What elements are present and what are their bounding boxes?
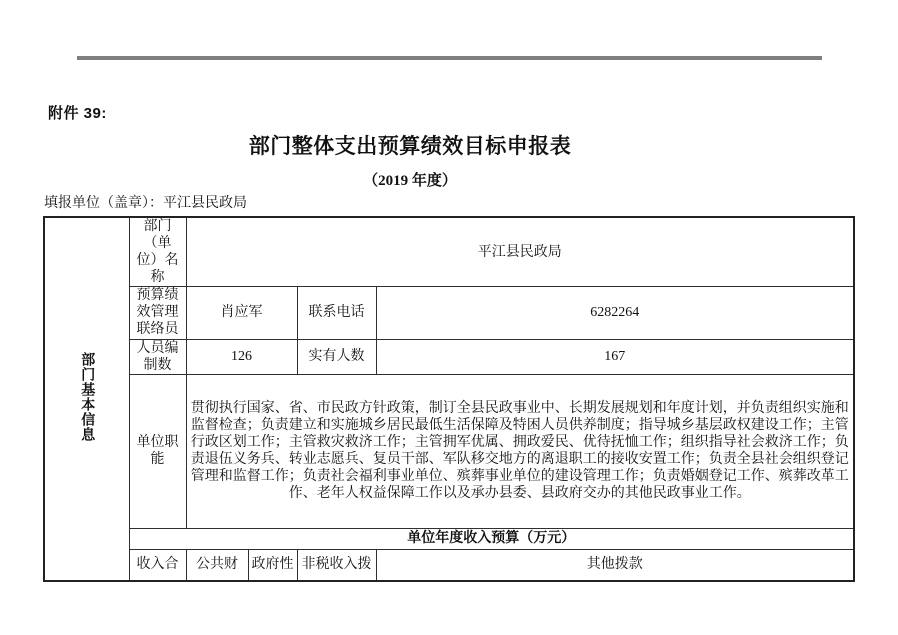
- income-col-total: 收入合: [129, 549, 186, 581]
- reporting-unit-label: 填报单位（盖章）：: [44, 196, 163, 211]
- staff-quota-label: 人员编 制数: [129, 339, 186, 374]
- section-label: 部门基本信息: [78, 352, 95, 442]
- reporting-unit-line: 填报单位（盖章）：平江县民政局: [44, 192, 247, 212]
- section-label-cell: 部门基本信息: [44, 217, 129, 581]
- phone-value: 6282264: [376, 287, 854, 339]
- reporting-unit-value: 平江县民政局: [163, 196, 247, 211]
- liaison-value: 肖应军: [186, 287, 297, 339]
- attachment-label: 附件 39:: [48, 102, 107, 123]
- liaison-label: 预算绩 效管理 联络员: [129, 287, 186, 339]
- income-col-government-fund: 政府性: [248, 549, 297, 581]
- dept-name-value: 平江县民政局: [186, 217, 854, 287]
- actual-staff-label: 实有人数: [297, 339, 376, 374]
- document-page: 附件 39: 部门整体支出预算绩效目标申报表 （2019 年度） 填报单位（盖章…: [0, 0, 898, 635]
- staff-quota-value: 126: [186, 339, 297, 374]
- actual-staff-value: 167: [376, 339, 854, 374]
- title-block: 部门整体支出预算绩效目标申报表 （2019 年度）: [0, 130, 820, 190]
- page-break-bar: [77, 56, 822, 60]
- income-col-other: 其他拨款: [376, 549, 854, 581]
- phone-label: 联系电话: [297, 287, 376, 339]
- functions-label: 单位职 能: [129, 374, 186, 528]
- basic-info-table: 部门基本信息 部门（单 位）名称 平江县民政局 预算绩 效管理 联络员 肖应军 …: [43, 216, 855, 582]
- income-col-nontax: 非税收入拨: [297, 549, 376, 581]
- page-title: 部门整体支出预算绩效目标申报表: [0, 130, 820, 160]
- dept-name-label: 部门（单 位）名称: [129, 217, 186, 287]
- page-subtitle: （2019 年度）: [0, 169, 820, 190]
- income-col-public-finance: 公共财: [186, 549, 248, 581]
- functions-text: 贯彻执行国家、省、市民政方针政策，制订全县民政事业中、长期发展规划和年度计划，并…: [186, 374, 854, 528]
- income-section-header: 单位年度收入预算（万元）: [129, 528, 854, 549]
